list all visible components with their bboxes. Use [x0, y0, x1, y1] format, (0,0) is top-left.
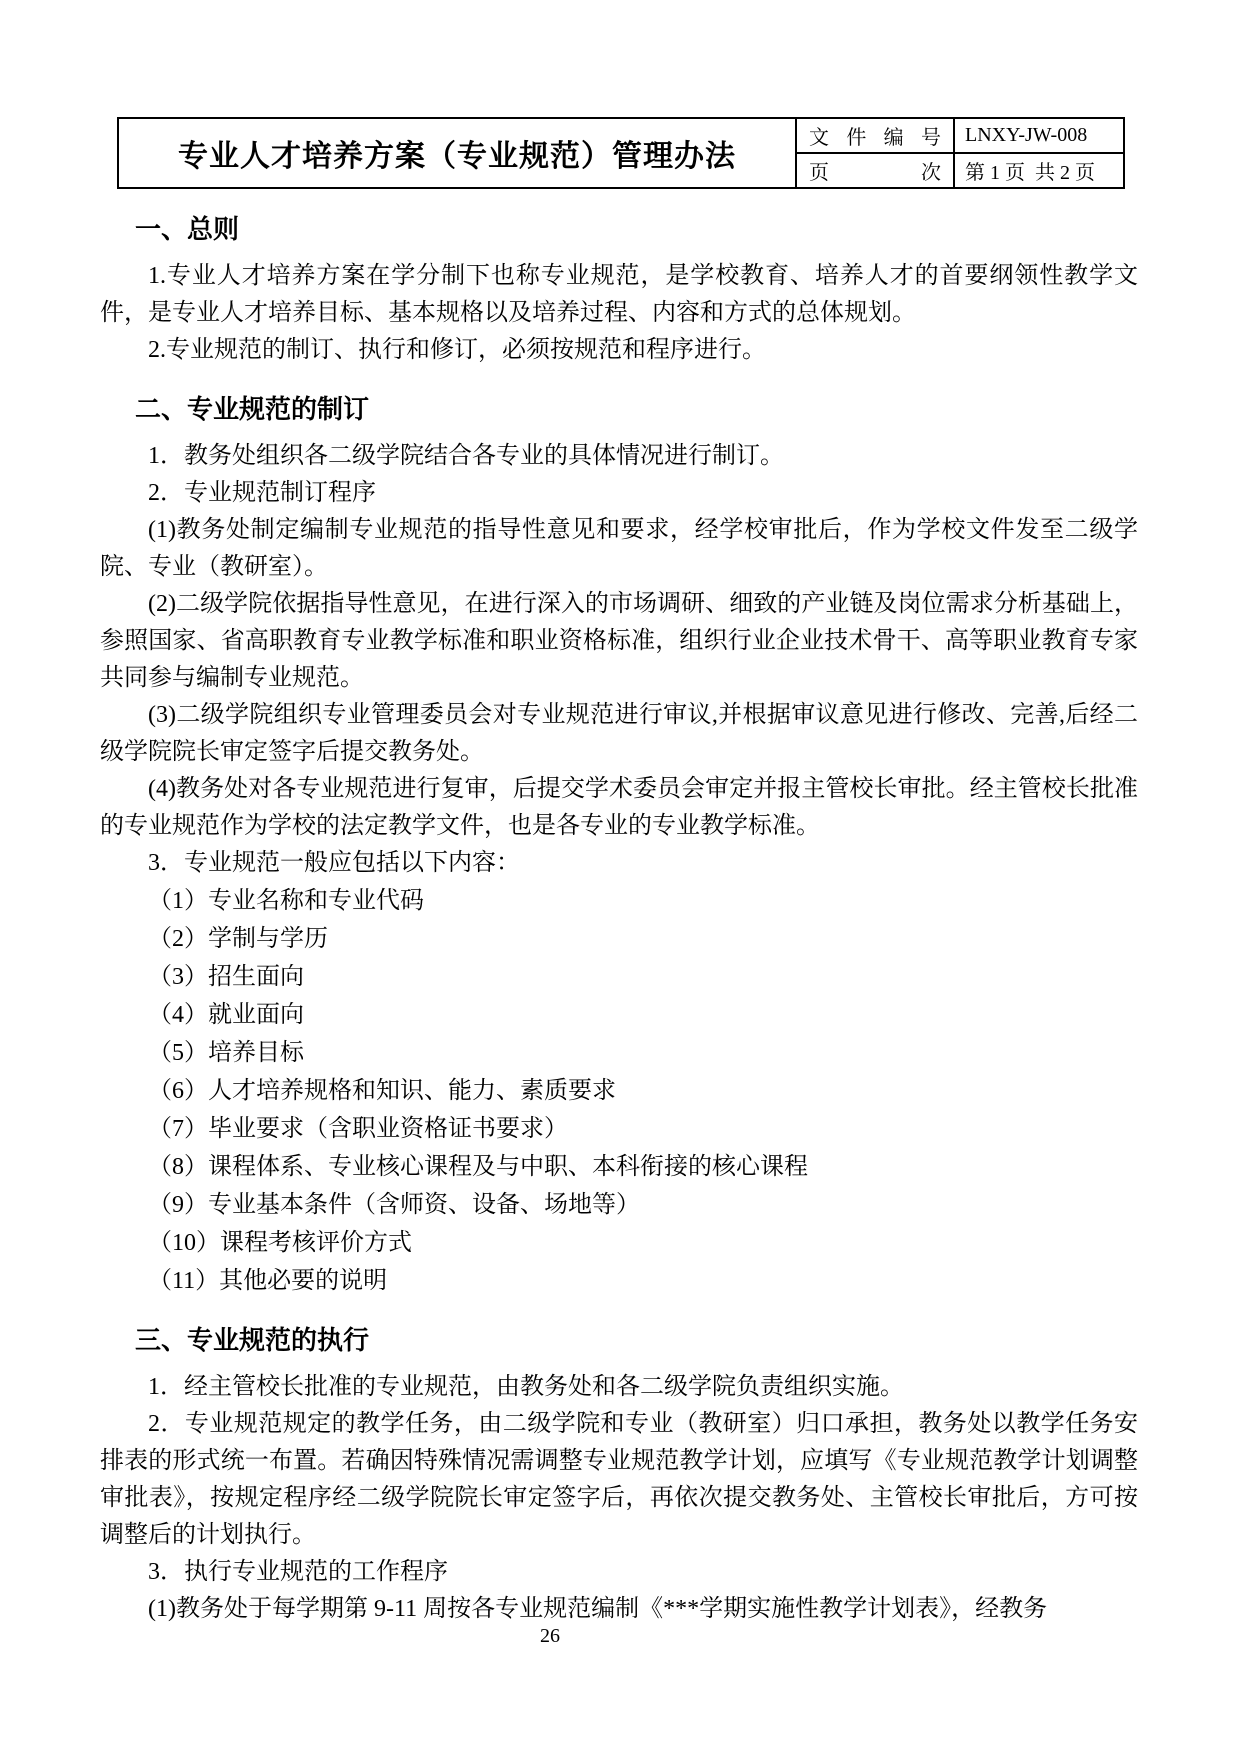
page-index-value: 第 1 页 共 2 页 — [954, 153, 1124, 188]
header-row-1: 专业人才培养方案（专业规范）管理办法 文 件 编 号 LNXY-JW-008 — [118, 118, 1124, 153]
paragraph: 1．经主管校长批准的专业规范，由教务处和各二级学院负责组织实施。 — [100, 1369, 1138, 1406]
section-general-rules: 一、总则 1.专业人才培养方案在学分制下也称专业规范，是学校教育、培养人才的首要… — [100, 211, 1138, 369]
paragraph: (3)二级学院组织专业管理委员会对专业规范进行审议,并根据审议意见进行修改、完善… — [100, 697, 1138, 771]
list-item: （9）专业基本条件（含师资、设备、场地等） — [100, 1186, 1138, 1224]
paragraph: (1)教务处制定编制专业规范的指导性意见和要求，经学校审批后，作为学校文件发至二… — [100, 512, 1138, 586]
list-item: （7）毕业要求（含职业资格证书要求） — [100, 1110, 1138, 1148]
paragraph: 1．教务处组织各二级学院结合各专业的具体情况进行制订。 — [100, 438, 1138, 475]
paragraph: 2．专业规范制订程序 — [100, 475, 1138, 512]
paragraph: (1)教务处于每学期第 9-11 周按各专业规范编制《***学期实施性教学计划表… — [100, 1591, 1138, 1628]
section-formulation: 二、专业规范的制订 1．教务处组织各二级学院结合各专业的具体情况进行制订。 2．… — [100, 391, 1138, 1300]
list-item: （5）培养目标 — [100, 1034, 1138, 1072]
list-item: （3）招生面向 — [100, 958, 1138, 996]
list-item: （4）就业面向 — [100, 996, 1138, 1034]
doc-number-label: 文 件 编 号 — [796, 118, 954, 153]
page-index-label: 页 次 — [796, 153, 954, 188]
list-item: （11）其他必要的说明 — [100, 1262, 1138, 1300]
doc-number-value: LNXY-JW-008 — [954, 118, 1124, 153]
header-table: 专业人才培养方案（专业规范）管理办法 文 件 编 号 LNXY-JW-008 页… — [117, 117, 1125, 189]
content-items-list: （1）专业名称和专业代码 （2）学制与学历 （3）招生面向 （4）就业面向 （5… — [100, 882, 1138, 1300]
document-content: 专业人才培养方案（专业规范）管理办法 文 件 编 号 LNXY-JW-008 页… — [100, 117, 1138, 1628]
paragraph: (2)二级学院依据指导性意见，在进行深入的市场调研、细致的产业链及岗位需求分析基… — [100, 586, 1138, 697]
paragraph: 3．执行专业规范的工作程序 — [100, 1554, 1138, 1591]
document-title: 专业人才培养方案（专业规范）管理办法 — [118, 118, 796, 188]
paragraph: 3．专业规范一般应包括以下内容： — [100, 845, 1138, 882]
section-heading-1: 一、总则 — [135, 211, 1138, 248]
paragraph: 1.专业人才培养方案在学分制下也称专业规范，是学校教育、培养人才的首要纲领性教学… — [100, 258, 1138, 332]
section-heading-2: 二、专业规范的制订 — [135, 391, 1138, 428]
paragraph: 2．专业规范规定的教学任务，由二级学院和专业（教研室）归口承担，教务处以教学任务… — [100, 1406, 1138, 1554]
document-page: 专业人才培养方案（专业规范）管理办法 文 件 编 号 LNXY-JW-008 页… — [0, 0, 1240, 1753]
section-execution: 三、专业规范的执行 1．经主管校长批准的专业规范，由教务处和各二级学院负责组织实… — [100, 1322, 1138, 1628]
paragraph: 2.专业规范的制订、执行和修订，必须按规范和程序进行。 — [100, 332, 1138, 369]
list-item: （6）人才培养规格和知识、能力、素质要求 — [100, 1072, 1138, 1110]
list-item: （2）学制与学历 — [100, 920, 1138, 958]
paragraph: (4)教务处对各专业规范进行复审，后提交学术委员会审定并报主管校长审批。经主管校… — [100, 771, 1138, 845]
list-item: （8）课程体系、专业核心课程及与中职、本科衔接的核心课程 — [100, 1148, 1138, 1186]
page-number: 26 — [0, 1625, 1100, 1648]
list-item: （1）专业名称和专业代码 — [100, 882, 1138, 920]
section-heading-3: 三、专业规范的执行 — [135, 1322, 1138, 1359]
list-item: （10）课程考核评价方式 — [100, 1224, 1138, 1262]
